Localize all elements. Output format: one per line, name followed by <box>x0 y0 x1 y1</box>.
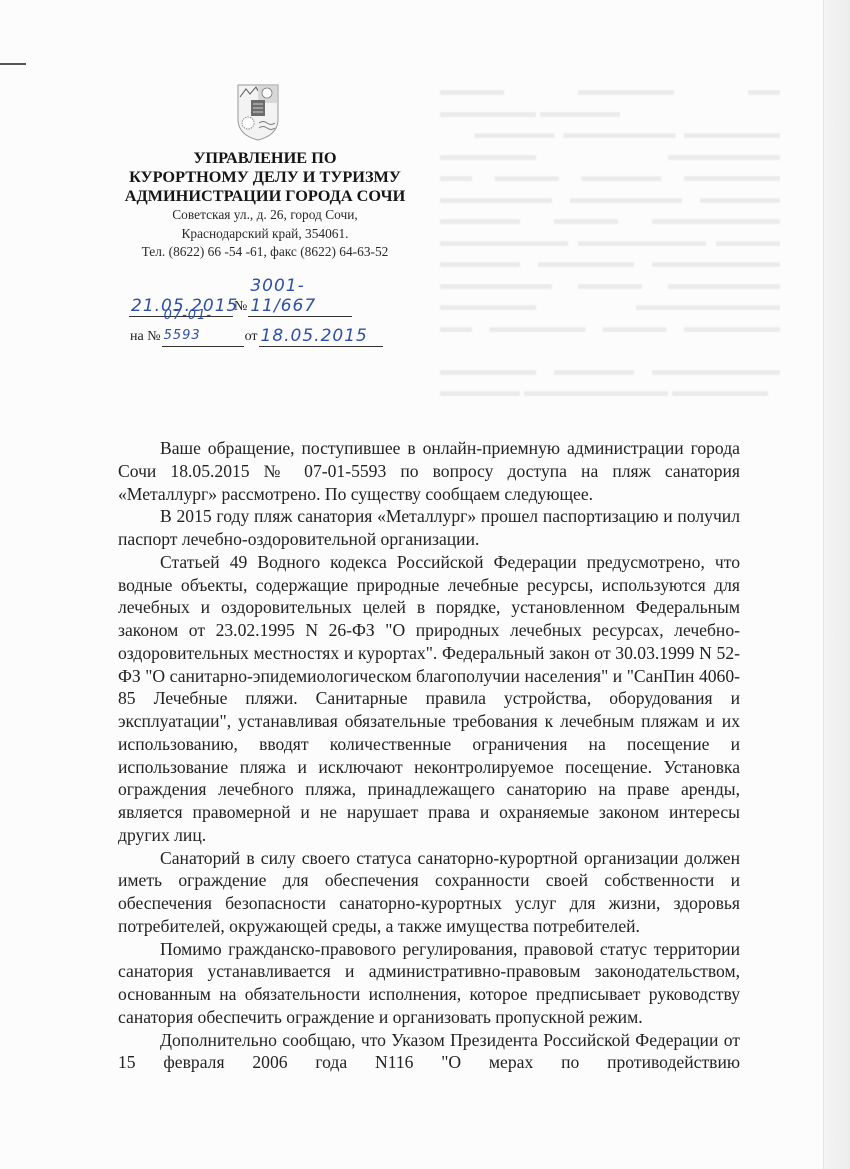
registration-block: 21.05.2015 № 3001-11/667 на № 07-01-5593… <box>129 291 383 347</box>
paragraph-6: Дополнительно сообщаю, что Указом Презид… <box>118 1029 740 1075</box>
scan-mark <box>0 63 26 65</box>
bleed-through-text: ▬▬▬▬ ▬▬▬▬▬▬ ▬▬ ▬▬▬▬▬▬▬▬▬▬ ▬▬▬▬▬▬ ▬▬▬▬▬▬ … <box>440 80 780 403</box>
address-line-1: Советская ул., д. 26, город Сочи, <box>110 206 420 224</box>
scan-edge <box>823 0 850 1169</box>
address-line-2: Краснодарский край, 354061. <box>110 225 420 243</box>
letterhead: УПРАВЛЕНИЕ ПО КУРОРТНОМУ ДЕЛУ И ТУРИЗМУ … <box>110 148 420 261</box>
letter-body: Ваше обращение, поступившее в онлайн-при… <box>118 437 740 1074</box>
coat-of-arms-icon <box>236 83 280 141</box>
paragraph-4: Санаторий в силу своего статуса санаторн… <box>118 847 740 938</box>
document-page: ▬▬▬▬ ▬▬▬▬▬▬ ▬▬ ▬▬▬▬▬▬▬▬▬▬ ▬▬▬▬▬▬ ▬▬▬▬▬▬ … <box>0 0 850 1169</box>
incoming-reg-row: на № 07-01-5593 от 18.05.2015 <box>129 321 383 347</box>
paragraph-2: В 2015 году пляж санатория «Металлург» п… <box>118 505 740 551</box>
org-name-line-3: АДМИНИСТРАЦИИ ГОРОДА СОЧИ <box>110 186 420 205</box>
paragraph-3: Статьей 49 Водного кодекса Российской Фе… <box>118 551 740 847</box>
org-name-line-1: УПРАВЛЕНИЕ ПО <box>110 148 420 167</box>
org-name-line-2: КУРОРТНОМУ ДЕЛУ И ТУРИЗМУ <box>110 167 420 186</box>
address-line-3: Тел. (8622) 66 -54 -61, факс (8622) 64-6… <box>110 243 420 261</box>
reply-to-date: 18.05.2015 <box>259 326 383 347</box>
reply-to-label: на № <box>129 327 162 347</box>
paragraph-5: Помимо гражданско-правового регулировани… <box>118 938 740 1029</box>
outgoing-number: 3001-11/667 <box>248 276 352 317</box>
reply-to-number: 07-01-5593 <box>162 306 244 347</box>
from-label: от <box>244 327 259 347</box>
paragraph-1: Ваше обращение, поступившее в онлайн-при… <box>118 437 740 505</box>
